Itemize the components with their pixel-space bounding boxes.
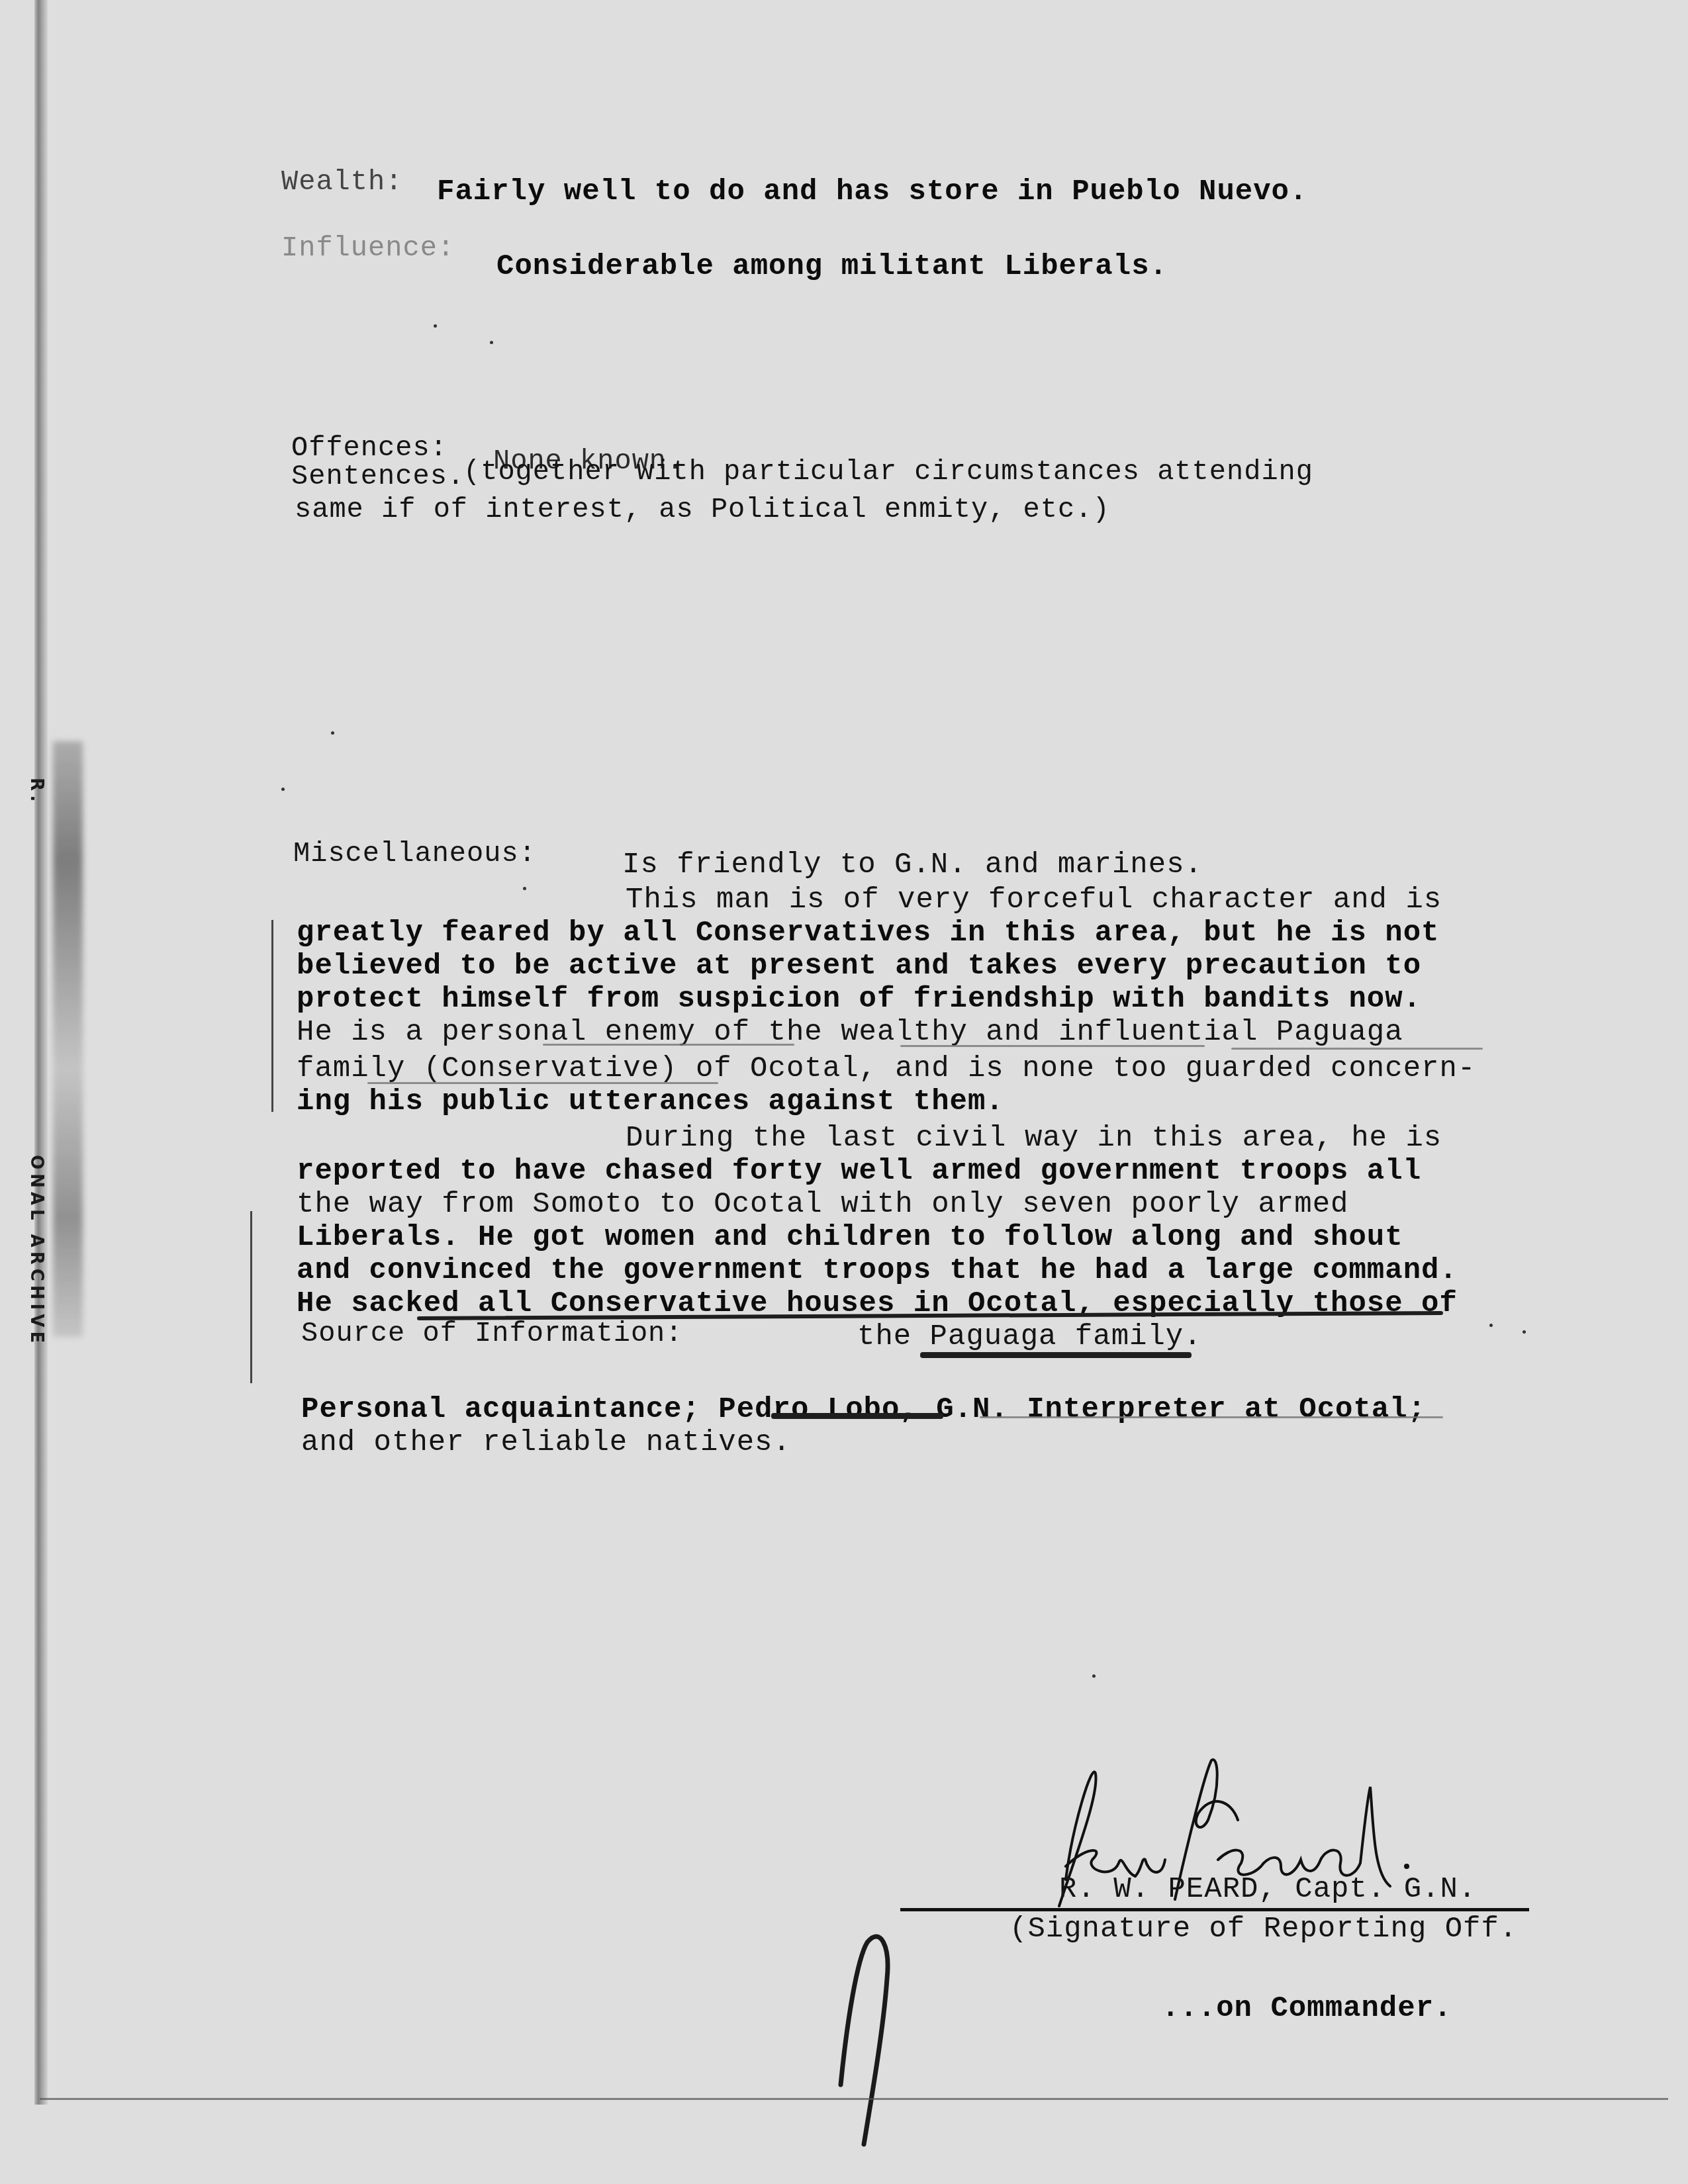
pencil-underline: [543, 1044, 794, 1046]
source-line: and other reliable natives.: [301, 1426, 791, 1459]
misc-line: greatly feared by all Conservatives in t…: [297, 917, 1439, 950]
speck: [1092, 1674, 1096, 1678]
pencil-underline: [980, 1416, 1443, 1418]
pencil-underline: [900, 1045, 1205, 1047]
archive-stamp-top: R.: [26, 778, 46, 805]
speck: [281, 788, 285, 791]
page-bottom-edge: [40, 2098, 1668, 2100]
misc-line: Is friendly to G.N. and marines.: [622, 848, 1203, 882]
misc-line: Liberals. He got women and children to f…: [297, 1221, 1403, 1254]
sentences-label: Sentences.: [291, 460, 465, 493]
misc-line: During the last civil way in this area, …: [626, 1122, 1442, 1155]
influence-value: Considerable among militant Liberals.: [496, 250, 1168, 283]
wealth-value: Fairly well to do and has store in Puebl…: [437, 175, 1307, 208]
speck: [1489, 1324, 1493, 1327]
ink-underline: [920, 1352, 1192, 1358]
source-of-information-label: Source of Information:: [301, 1317, 683, 1350]
misc-line: protect himself from suspicion of friend…: [297, 983, 1421, 1016]
misc-line: This man is of very forceful character a…: [626, 884, 1442, 917]
speck: [1523, 1330, 1526, 1334]
misc-line: the Paguaga family.: [857, 1320, 1202, 1353]
margin-bracket: [271, 920, 273, 1112]
speck: [523, 887, 526, 890]
wealth-label: Wealth:: [281, 165, 402, 199]
margin-bracket: [250, 1211, 252, 1383]
archive-stamp-bottom: ONAL ARCHIVE: [26, 1155, 46, 1347]
speck: [490, 341, 493, 344]
misc-line: the way from Somoto to Ocotal with only …: [297, 1188, 1348, 1221]
misc-line: reported to have chased forty well armed…: [297, 1155, 1421, 1188]
ink-loop-mark: [827, 1919, 907, 2158]
misc-line: He is a personal enemy of the wealthy an…: [297, 1016, 1403, 1049]
misc-line: family (Conservative) of Ocotal, and is …: [297, 1052, 1476, 1085]
influence-label: Influence:: [281, 232, 455, 265]
misc-line: believed to be active at present and tak…: [297, 950, 1421, 983]
miscellaneous-label: Miscellaneous:: [293, 837, 536, 870]
binding-shadow: [53, 741, 83, 1337]
source-line: Personal acquaintance; Pedro Lobo, G.N. …: [301, 1393, 1426, 1426]
pencil-underline: [1231, 1048, 1483, 1050]
sentences-instruction-line2: same if of interest, as Political enmity…: [295, 493, 1110, 526]
binding-edge: [34, 0, 48, 2105]
document-page: R. ONAL ARCHIVE Wealth: Fairly well to d…: [0, 0, 1688, 2184]
speck: [331, 731, 334, 735]
misc-line: and convinced the government troops that…: [297, 1254, 1458, 1287]
misc-line: ing his public utterances against them.: [297, 1085, 1004, 1118]
sentences-instruction-line1: (together with particular circumstances …: [463, 455, 1313, 488]
signature-caption: (Signature of Reporting Off.: [1009, 1913, 1517, 1946]
speck: [434, 324, 437, 328]
commander-title: ...on Commander.: [1162, 1992, 1452, 2025]
typed-signature-name: R. W. PEARD, Capt. G.N.: [1059, 1873, 1476, 1906]
signature-rule: [900, 1908, 1529, 1911]
pencil-underline: [367, 1082, 718, 1084]
ink-underline: [771, 1413, 943, 1419]
